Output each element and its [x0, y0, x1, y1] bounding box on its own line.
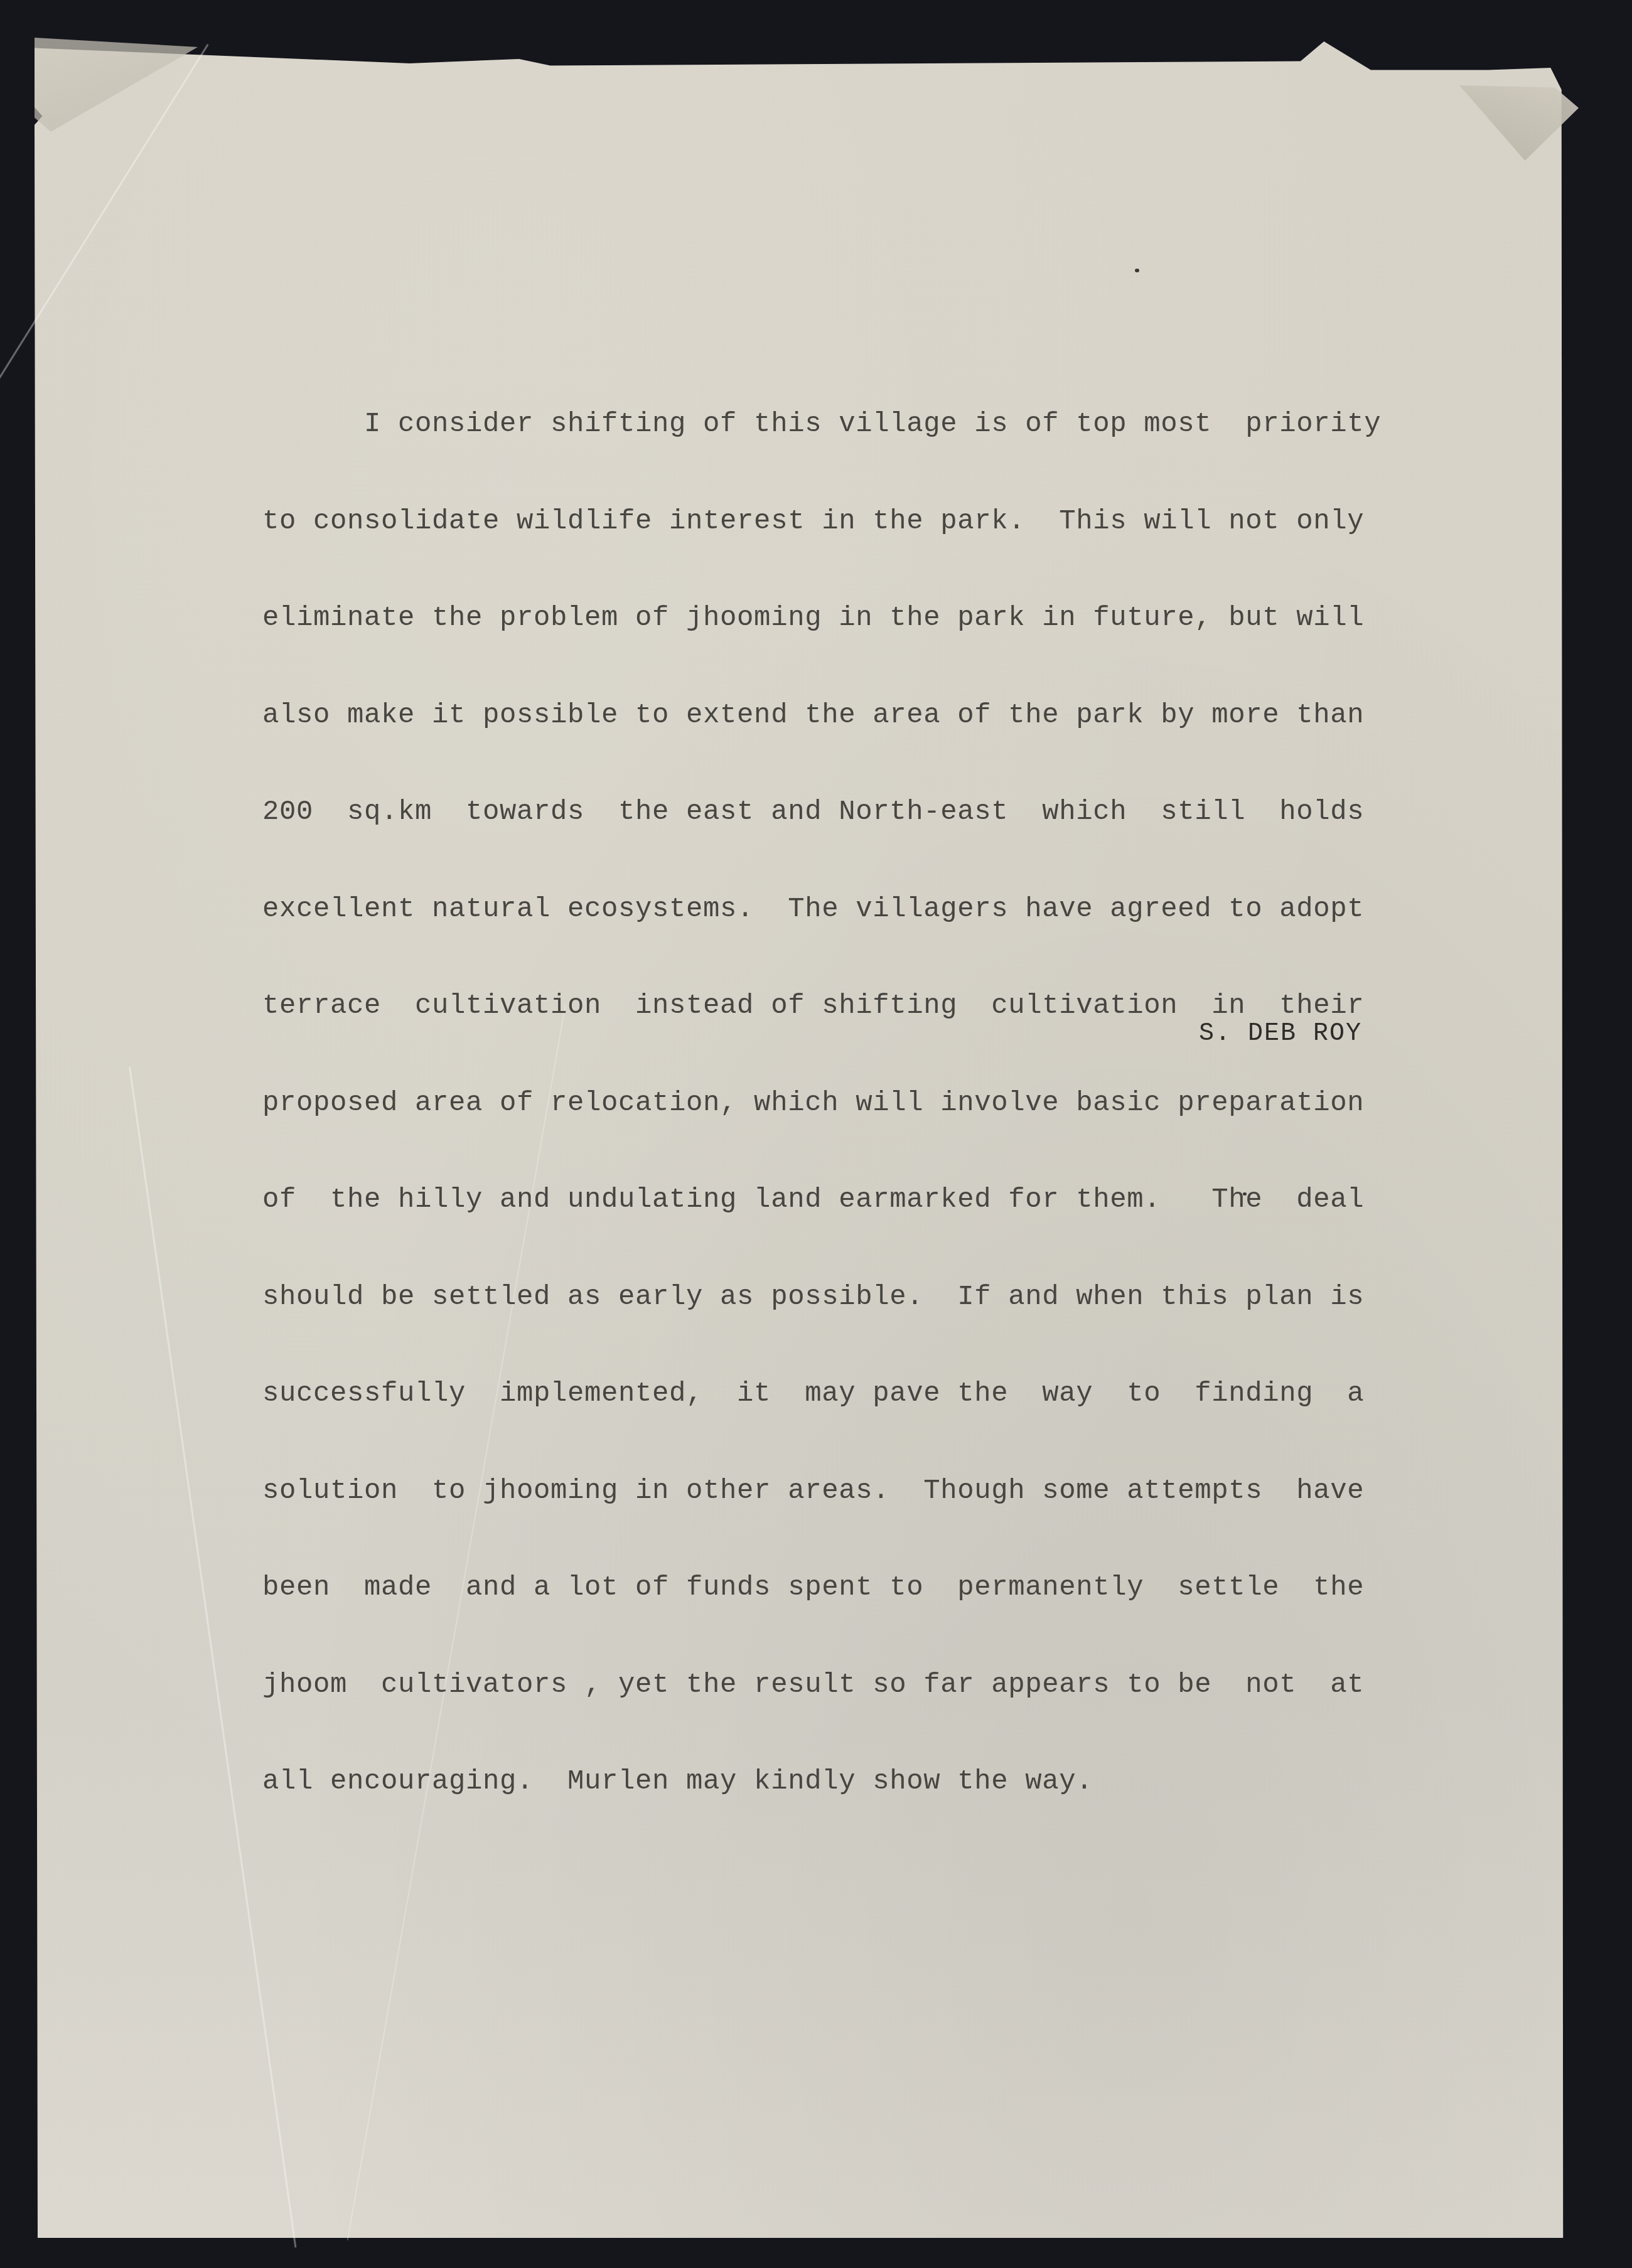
signature: S. DEB ROY	[1199, 1020, 1362, 1048]
text-line: jhoom cultivators , yet the result so fa…	[262, 1669, 1518, 1702]
letter-body: I consider shifting of this village is o…	[262, 344, 1518, 1831]
ink-speck	[1135, 269, 1139, 272]
text-line: of the hilly and undulating land earmark…	[262, 1184, 1518, 1217]
text-line: terrace cultivation instead of shifting …	[262, 990, 1518, 1023]
text-line: excellent natural ecosystems. The villag…	[262, 894, 1518, 926]
text-line: proposed area of relocation, which will …	[262, 1088, 1518, 1120]
text-line: I consider shifting of this village is o…	[262, 409, 1518, 441]
text-line: also make it possible to extend the area…	[262, 700, 1518, 732]
text-line: successfully implemented, it may pave th…	[262, 1378, 1518, 1411]
text-line: solution to jhooming in other areas. Tho…	[262, 1475, 1518, 1508]
text-line: all encouraging. Murlen may kindly show …	[262, 1766, 1518, 1799]
text-line: been made and a lot of funds spent to pe…	[262, 1572, 1518, 1605]
text-line: eliminate the problem of jhooming in the…	[262, 602, 1518, 635]
text-line: 200 sq.km towards the east and North-eas…	[262, 796, 1518, 829]
text-line: should be settled as early as possible. …	[262, 1281, 1518, 1314]
text-line: to consolidate wildlife interest in the …	[262, 506, 1518, 538]
